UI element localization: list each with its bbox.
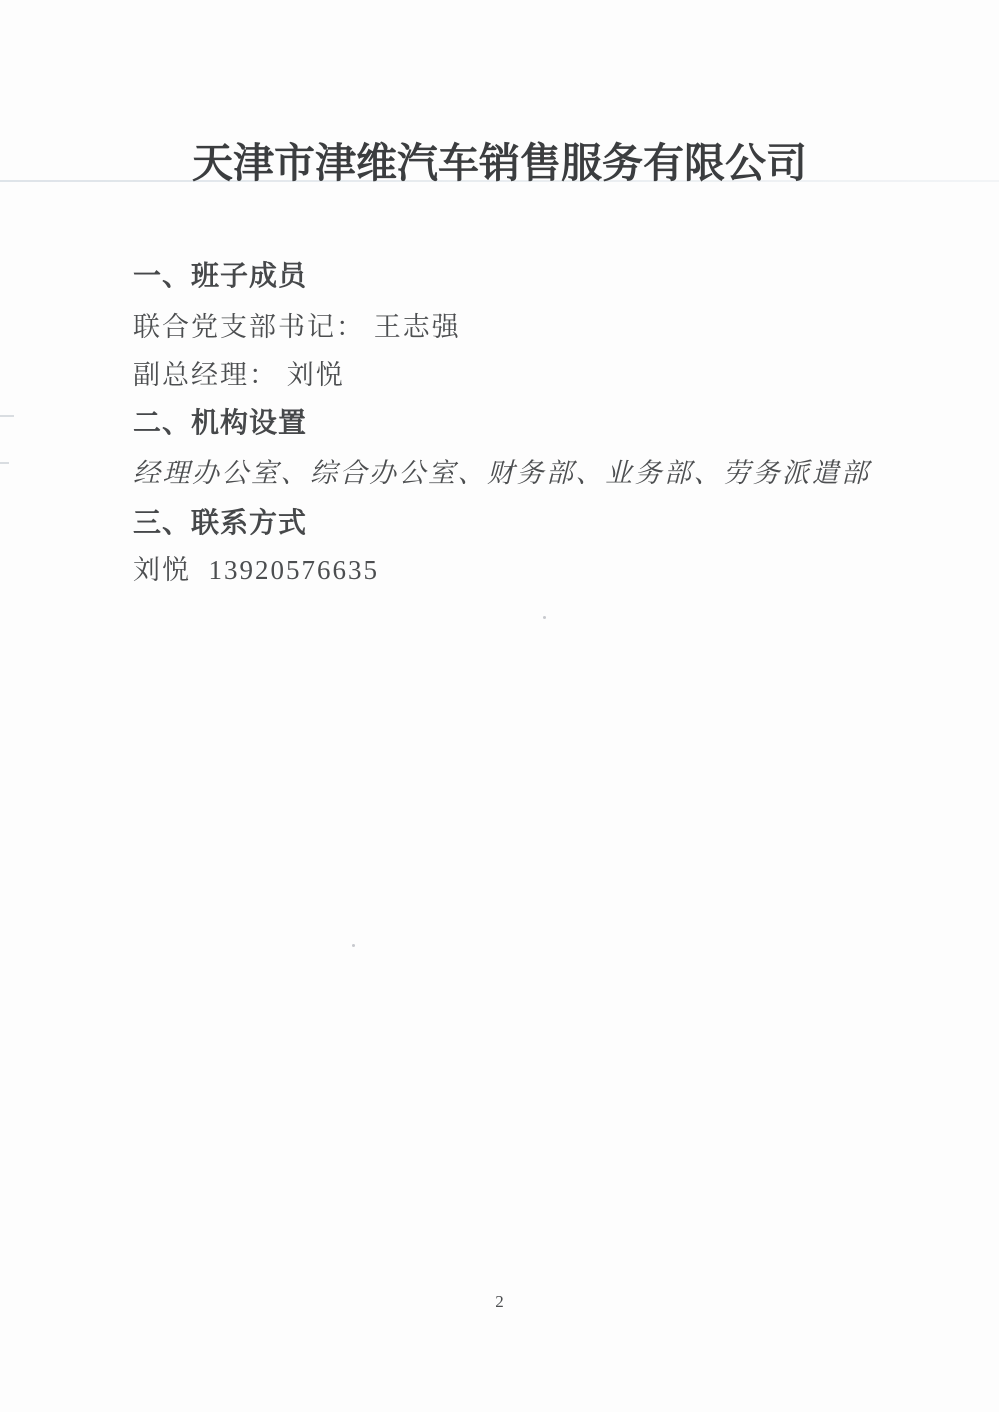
section-2-heading: 二、机构设置 xyxy=(133,401,307,441)
document-page: 天津市津维汽车销售服务有限公司 一、班子成员 联合党支部书记： 王志强 副总经理… xyxy=(0,0,999,1412)
scan-speck xyxy=(543,616,546,619)
section-1-heading: 一、班子成员 xyxy=(133,254,307,294)
scan-edge-mark xyxy=(0,462,9,464)
section-2-line-departments: 经理办公室、综合办公室、财务部、业务部、劳务派遣部 xyxy=(133,451,871,490)
page-number: 2 xyxy=(0,1292,999,1312)
scan-edge-mark xyxy=(0,415,14,417)
section-1-line-deputy-manager: 副总经理： 刘悦 xyxy=(133,353,345,392)
document-title: 天津市津维汽车销售服务有限公司 xyxy=(0,130,999,189)
section-1-line-party-secretary: 联合党支部书记： 王志强 xyxy=(133,305,461,344)
scan-speck xyxy=(352,944,355,947)
section-3-heading: 三、联系方式 xyxy=(133,501,307,541)
section-3-line-contact: 刘悦 13920576635 xyxy=(133,548,379,587)
